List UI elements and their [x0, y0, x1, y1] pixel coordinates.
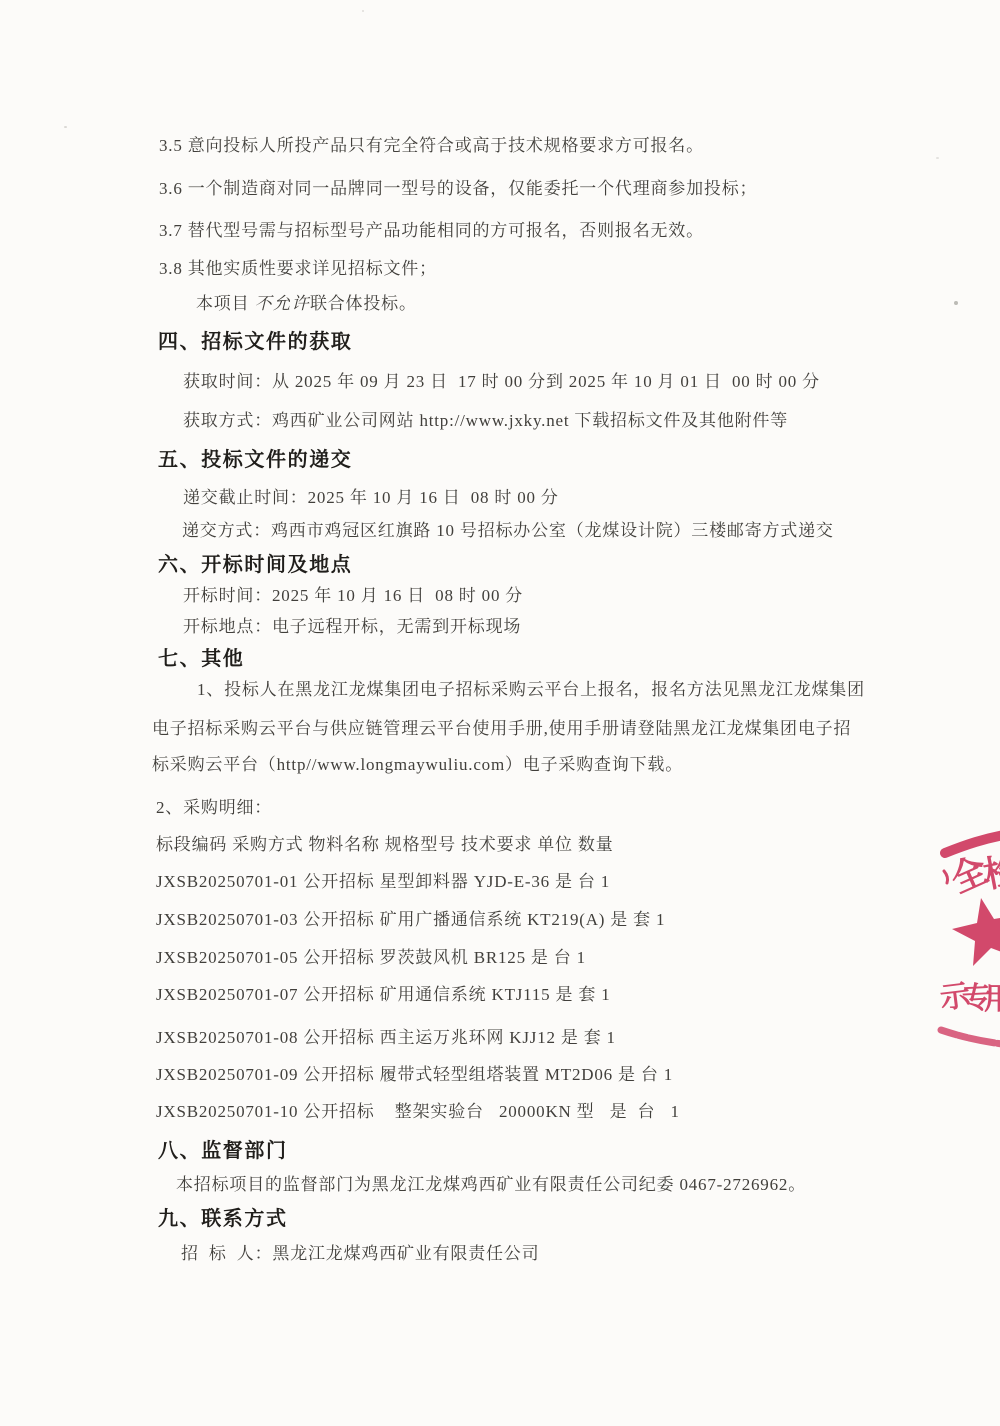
open-time: 开标时间：2025 年 10 月 16 日 08 时 00 分 — [183, 585, 523, 606]
open-place: 开标地点：电子远程开标，无需到开标现场 — [183, 616, 521, 637]
scan-speck — [954, 301, 958, 305]
section-7-heading: 七、其他 — [158, 647, 244, 672]
section-5-heading: 五、投标文件的递交 — [158, 448, 352, 473]
table-row: JXSB20250701-03 公开招标 矿用广播通信系统 KT219(A) 是… — [156, 909, 665, 930]
red-seal-stamp: 全 检 示 专 用 — [0, 0, 1000, 1426]
other-para-line3: 标采购云平台（http//www.longmaywuliu.com）电子采购查询… — [152, 754, 683, 775]
submit-deadline: 递交截止时间：2025 年 10 月 16 日 08 时 00 分 — [183, 487, 559, 508]
table-row: JXSB20250701-05 公开招标 罗茨鼓风机 BR125 是 台 1 — [156, 947, 586, 968]
table-header-line: 标段编码 采购方式 物料名称 规格型号 技术要求 单位 数量 — [156, 834, 614, 855]
plain-text: 联合体投标。 — [310, 294, 417, 313]
tenderer-line: 招 标 人：黑龙江龙煤鸡西矿业有限责任公司 — [181, 1243, 539, 1264]
seal-ring-bottom-arc — [941, 1030, 1000, 1045]
seal-star — [952, 898, 1000, 966]
procurement-detail-label: 2、采购明细： — [156, 797, 272, 818]
other-para-line1: 1、投标人在黑龙江龙煤集团电子招标采购云平台上报名，报名方法见黑龙江龙煤集团 — [197, 679, 865, 700]
scan-speck — [64, 126, 67, 128]
section-6-heading: 六、开标时间及地点 — [158, 553, 352, 578]
seal-bottom-char-2: 专 — [961, 980, 993, 1016]
document-page: 3.5 意向投标人所投产品只有完全符合或高于技术规格要求方可报名。3.6 一个制… — [0, 0, 1000, 1426]
obtain-time: 获取时间：从 2025 年 09 月 23 日 17 时 00 分到 2025 … — [183, 371, 820, 392]
scan-speck — [936, 157, 939, 159]
submit-method: 递交方式：鸡西市鸡冠区红旗路 10 号招标办公室（龙煤设计院）三楼邮寄方式递交 — [182, 520, 834, 541]
table-row: JXSB20250701-10 公开招标 整架实验台 20000KN 型 是 台… — [156, 1101, 680, 1122]
clause-3-6: 3.6 一个制造商对同一品牌同一型号的设备，仅能委托一个代理商参加投标； — [159, 178, 757, 199]
table-row: JXSB20250701-08 公开招标 西主运万兆环网 KJJ12 是 套 1 — [156, 1027, 616, 1048]
no-consortium-note: 本项目 不允许联合体投标。 — [196, 293, 417, 314]
plain-text: 本项目 — [196, 294, 254, 313]
clause-3-8: 3.8 其他实质性要求详见招标文件； — [159, 258, 437, 279]
other-para-line2: 电子招标采购云平台与供应链管理云平台使用手册,使用手册请登陆黑龙江龙煤集团电子招 — [152, 718, 851, 739]
table-row: JXSB20250701-01 公开招标 星型卸料器 YJD-E-36 是 台 … — [156, 871, 610, 892]
seal-ring-top-arc — [945, 834, 1000, 853]
clause-3-5: 3.5 意向投标人所投产品只有完全符合或高于技术规格要求方可报名。 — [159, 135, 704, 156]
section-9-heading: 九、联系方式 — [158, 1207, 288, 1232]
seal-bottom-char-1: 示 — [938, 979, 973, 1016]
seal-bottom-char-3: 用 — [984, 983, 1000, 1016]
table-row: JXSB20250701-07 公开招标 矿用通信系统 KTJ115 是 套 1 — [156, 984, 611, 1005]
seal-top-char-2: 检 — [980, 848, 1000, 895]
table-row: JXSB20250701-09 公开招标 履带式轻型组塔装置 MT2D06 是 … — [156, 1064, 673, 1085]
emphasized-text: 不允许 — [254, 294, 310, 313]
scan-speck — [362, 10, 364, 12]
seal-top-char-1: 全 — [944, 849, 994, 901]
seal-ink-tick — [944, 871, 948, 883]
supervision-line: 本招标项目的监督部门为黑龙江龙煤鸡西矿业有限责任公司纪委 0467-272696… — [176, 1174, 806, 1195]
clause-3-7: 3.7 替代型号需与招标型号产品功能相同的方可报名，否则报名无效。 — [159, 220, 704, 241]
section-4-heading: 四、招标文件的获取 — [158, 330, 352, 355]
obtain-method: 获取方式：鸡西矿业公司网站 http://www.jxky.net 下载招标文件… — [183, 410, 788, 431]
section-8-heading: 八、监督部门 — [158, 1139, 288, 1164]
